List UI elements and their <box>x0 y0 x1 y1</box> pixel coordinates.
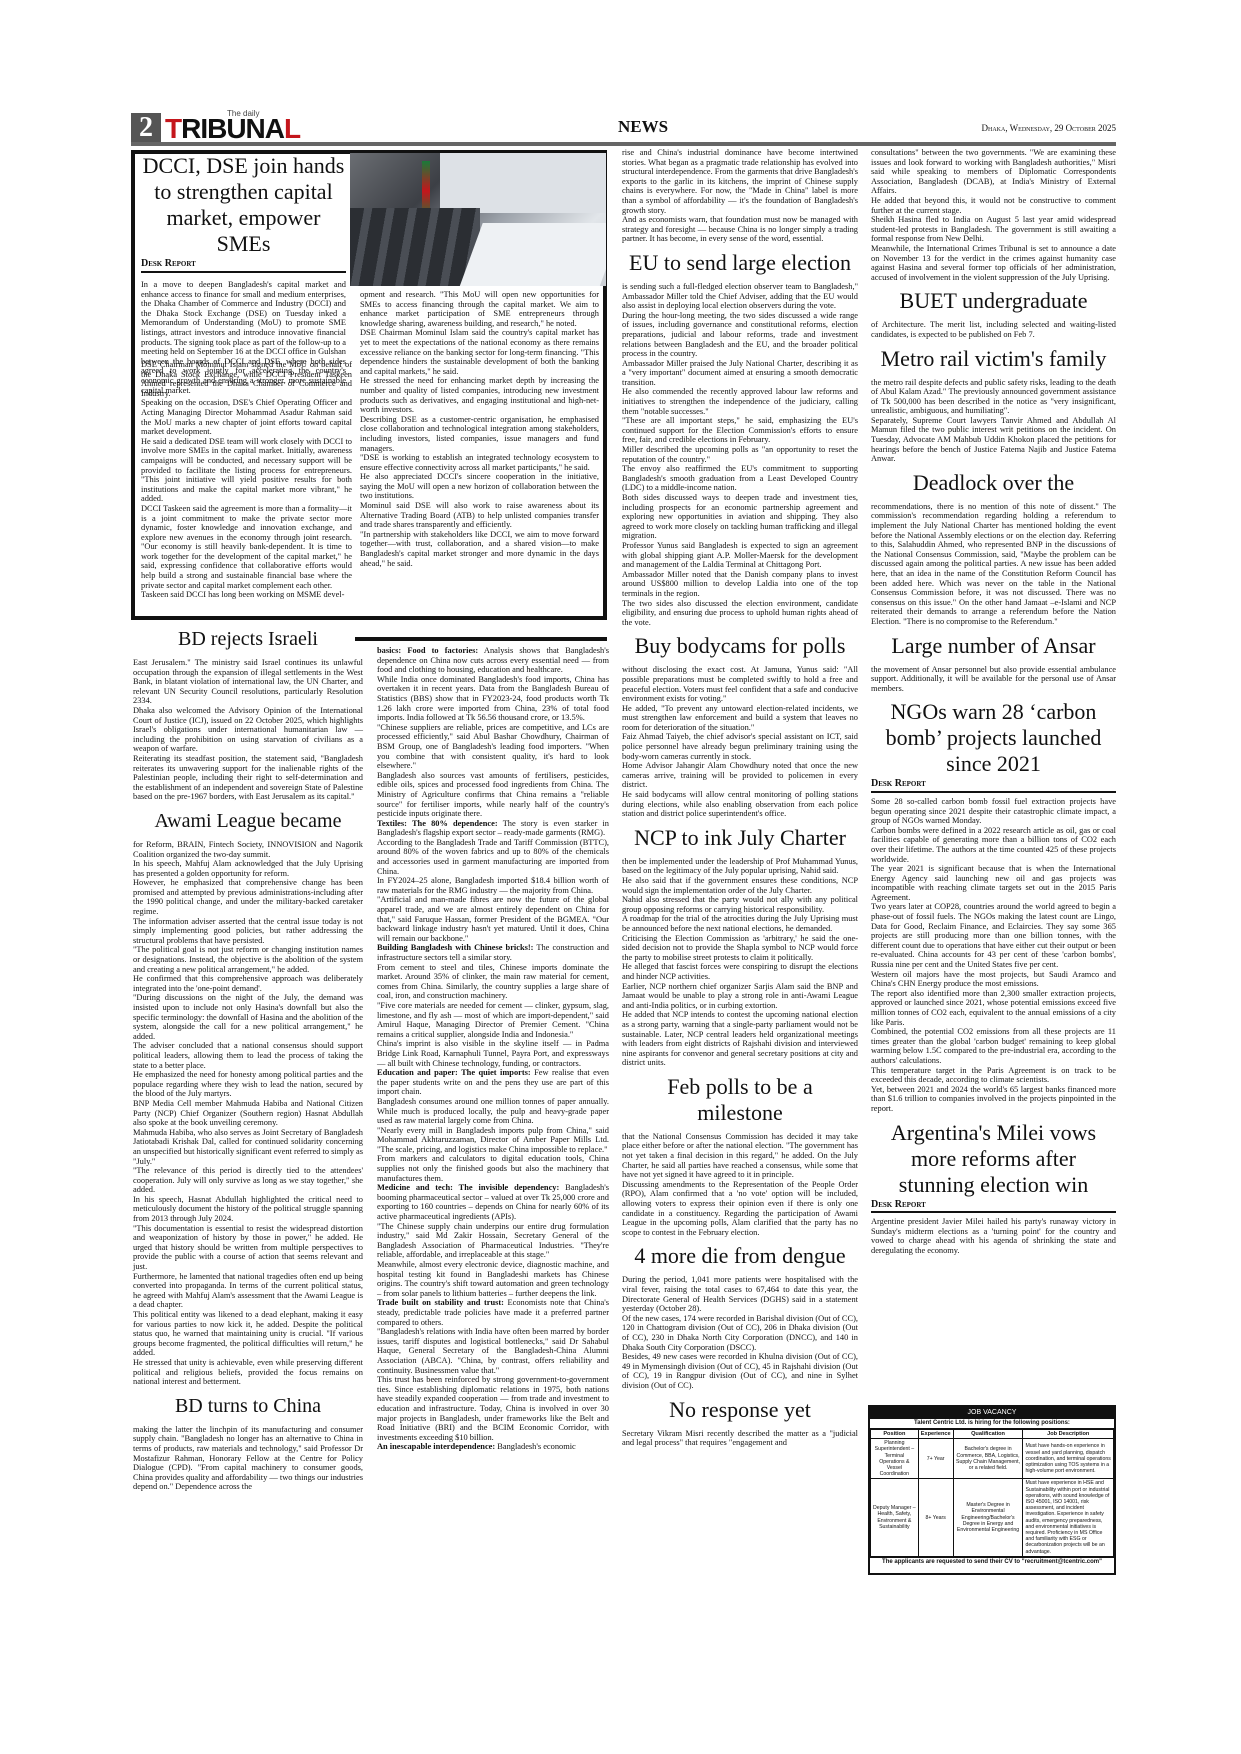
headline-awami: Awami League became <box>133 808 363 834</box>
column-three: rise and China's industrial dominance ha… <box>622 148 858 1448</box>
paragraph: He added that beyond this, it would not … <box>871 196 1116 215</box>
paragraph: He confirmed that this comprehensive app… <box>133 974 363 993</box>
paragraph: He emphasized the need for honesty among… <box>133 1070 363 1099</box>
paragraph: "This documentation is essential to resi… <box>133 1224 363 1272</box>
paragraph: Both sides discussed ways to deepen trad… <box>622 493 858 541</box>
byline-milei: Desk Report <box>871 1200 1116 1214</box>
masthead: 2 The daily TRIBUNAL NEWS Dhaka, Wednesd… <box>131 107 1116 147</box>
column-rule <box>355 637 607 641</box>
cell-description: Must have hands-on experience in vessel … <box>1023 1439 1114 1479</box>
paragraph: "Nearly every mill in Bangladesh imports… <box>377 1126 609 1155</box>
paragraph: The report also identified more than 2,3… <box>871 989 1116 1027</box>
newspaper-logo: TRIBUNAL <box>165 115 300 143</box>
logo-l: L <box>284 113 300 144</box>
paragraph: Textiles: The 80% dependence: The story … <box>377 819 609 838</box>
job-vacancy-ad: JOB VACANCY Talent Centric Ltd. is hirin… <box>868 1405 1116 1575</box>
paragraph: This political entity was likened to a d… <box>133 1310 363 1358</box>
article-china-continued: basics: Food to factories: Analysis show… <box>377 646 609 1452</box>
paragraph: This trust has been reinforced by strong… <box>377 1375 609 1442</box>
cell-position: Deputy Manager – Health, Safety, Environ… <box>871 1479 919 1556</box>
paragraph: "Five core materials are needed for ceme… <box>377 1001 609 1039</box>
paragraph: Furthermore, he lamented that national t… <box>133 1272 363 1310</box>
paragraph: recommendations, there is no mention of … <box>871 502 1116 627</box>
paragraph: Reiterating its steadfast position, the … <box>133 754 363 802</box>
paragraph: Argentine president Javier Milei hailed … <box>871 1217 1116 1255</box>
headline-eu: EU to send large election <box>622 250 858 276</box>
paragraph: In his speech, Hasnat Abdullah highlight… <box>133 1195 363 1224</box>
paragraph: He said a dedicated DSE team will work c… <box>141 437 352 504</box>
paragraph: Secretary Vikram Misri recently describe… <box>622 1429 858 1448</box>
paragraph: Describing DSE as a customer-centric org… <box>360 415 599 453</box>
page-number: 2 <box>131 113 161 143</box>
paragraph: Dhaka also welcomed the Advisory Opinion… <box>133 706 363 754</box>
paragraph: The two sides also discussed the electio… <box>622 599 858 628</box>
paragraph: According to the Bangladesh Trade and Ta… <box>377 838 609 876</box>
paragraph: "The Chinese supply chain underpins our … <box>377 1222 609 1260</box>
paragraph: Combined, the potential CO2 emissions fr… <box>871 1027 1116 1065</box>
paragraph: Medicine and tech: The invisible depende… <box>377 1183 609 1221</box>
paragraph: Meanwhile, the International Crimes Trib… <box>871 244 1116 282</box>
headline-bodycams: Buy bodycams for polls <box>622 633 858 659</box>
paragraph: Sheikh Hasina fled to India on August 5 … <box>871 215 1116 244</box>
subhead: Medicine and tech: The invisible depende… <box>377 1183 559 1192</box>
paragraph: "The relevance of this period is directl… <box>133 1166 363 1195</box>
headline-dengue: 4 more die from dengue <box>622 1243 858 1269</box>
paragraph-text: Bangladesh's economic <box>495 1442 576 1451</box>
paragraph: "Chinese suppliers are reliable, prices … <box>377 723 609 771</box>
paragraph: Of the new cases, 174 were recorded in B… <box>622 1314 858 1352</box>
paragraph: While India once dominated Bangladesh's … <box>377 675 609 723</box>
paragraph: "These are all important steps," he said… <box>622 416 858 445</box>
subhead: Building Bangladesh with Chinese bricks!… <box>377 943 533 952</box>
headline-china: BD turns to China <box>133 1393 363 1419</box>
paragraph: Ambassador Miller praised the July Natio… <box>622 359 858 388</box>
paragraph: "The political goal is not just reform o… <box>133 945 363 974</box>
paragraph: Criticising the Election Commission as '… <box>622 934 858 963</box>
paragraph: A roadmap for the trial of the atrocitie… <box>622 914 858 933</box>
paragraph: of Architecture. The merit list, includi… <box>871 320 1116 339</box>
paragraph: From markers and calculators to digital … <box>377 1154 609 1183</box>
headline-buet: BUET undergraduate <box>871 288 1116 314</box>
table-row: Deputy Manager – Health, Safety, Environ… <box>871 1479 1114 1556</box>
paragraph: "Artificial and man-made fibres are now … <box>377 895 609 943</box>
article-israel: BD rejects Israeli East Jerusalem." The … <box>133 626 363 1492</box>
logo-middle: RIBUNA <box>181 113 284 144</box>
paragraph: "In partnership with stakeholders like D… <box>360 530 599 568</box>
paragraph: DSE Chairman Mominul Islam signed the Mo… <box>141 360 352 398</box>
paragraph: He added that NCP intends to contest the… <box>622 1010 858 1068</box>
paragraph: Yet, between 2021 and 2024 the world's 6… <box>871 1085 1116 1114</box>
paragraph: consultations" between the two governmen… <box>871 148 1116 196</box>
paragraph: Faiz Ahmad Taiyeb, the chief advisor's s… <box>622 732 858 761</box>
paragraph: "DSE is working to establish an integrat… <box>360 453 599 472</box>
article-dcci-head: DCCI, DSE join hands to strengthen capit… <box>141 153 346 277</box>
headline-ncp: NCP to ink July Charter <box>622 825 858 851</box>
job-ad-footer: The applicants are requested to send the… <box>870 1557 1114 1567</box>
paragraph: The year 2021 is significant because tha… <box>871 864 1116 902</box>
cell-qualification: Bachelor's degree in Commerce, BBA, Logi… <box>953 1439 1023 1479</box>
paragraph: Speaking on the occasion, DSE's Chief Op… <box>141 398 352 436</box>
paragraph: the metro rail despite defects and publi… <box>871 378 1116 416</box>
mou-signing-photo <box>350 153 606 286</box>
paragraph: China's imprint is also visible in the s… <box>377 1039 609 1068</box>
headline-carbon: NGOs warn 28 ‘carbon bomb’ projects laun… <box>871 699 1116 777</box>
column-header: Position <box>871 1430 919 1439</box>
headline-israel: BD rejects Israeli <box>133 626 363 652</box>
paragraph: the movement of Ansar personnel but also… <box>871 665 1116 694</box>
paragraph: The adviser concluded that a national co… <box>133 1041 363 1070</box>
paragraph: East Jerusalem." The ministry said Israe… <box>133 658 363 706</box>
paragraph: An inescapable interdependence: Banglade… <box>377 1442 609 1452</box>
table-row: Planning Superintendent – Terminal Opera… <box>871 1439 1114 1479</box>
column-header: Qualification <box>953 1430 1023 1439</box>
paragraph: BNP Media Cell member Mahmuda Habiba and… <box>133 1099 363 1128</box>
paragraph: In FY2024–25 alone, Bangladesh imported … <box>377 876 609 895</box>
paragraph: Miller described the upcoming polls as "… <box>622 445 858 464</box>
paragraph: Building Bangladesh with Chinese bricks!… <box>377 943 609 962</box>
paragraph: Carbon bombs were defined in a 2022 rese… <box>871 826 1116 864</box>
job-ad-table: Position Experience Qualification Job De… <box>870 1429 1114 1557</box>
paragraph: He also commended the recently approved … <box>622 387 858 416</box>
column-four: consultations" between the two governmen… <box>871 148 1116 1256</box>
paragraph: "Bangladesh's relations with India have … <box>377 1327 609 1375</box>
paragraph: Besides, 49 new cases were recorded in K… <box>622 1352 858 1390</box>
paragraph: Discussing amendments to the Representat… <box>622 1180 858 1238</box>
paragraph: Earlier, NCP northern chief organizer Sa… <box>622 982 858 1011</box>
paragraph: Mominul said DSE will also work to raise… <box>360 501 599 530</box>
headline-metro: Metro rail victim's family <box>871 346 1116 372</box>
paragraph: then be implemented under the leadership… <box>622 857 858 876</box>
paragraph: The envoy also reaffirmed the EU's commi… <box>622 464 858 493</box>
paragraph: This temperature target in the Paris Agr… <box>871 1066 1116 1085</box>
paragraph: that the National Consensus Commission h… <box>622 1132 858 1180</box>
paragraph: From cement to steel and tiles, Chinese … <box>377 963 609 1001</box>
headline-milei: Argentina's Milei vows more reforms afte… <box>871 1120 1116 1198</box>
headline-dcci: DCCI, DSE join hands to strengthen capit… <box>141 153 346 257</box>
paragraph: Bangladesh consumes around one million t… <box>377 1097 609 1126</box>
paragraph: "During discussions on the night of the … <box>133 993 363 1041</box>
paragraph: rise and China's industrial dominance ha… <box>622 148 858 215</box>
section-title: NEWS <box>618 117 668 137</box>
paragraph: Taskeen said DCCI has long been working … <box>141 590 352 600</box>
cell-experience: 8+ Years <box>918 1479 953 1556</box>
headline-feb-polls: Feb polls to be a milestone <box>622 1074 858 1126</box>
headline-no-response: No response yet <box>622 1397 858 1423</box>
logo-t: T <box>165 113 181 144</box>
paragraph: Education and paper: The quiet imports: … <box>377 1068 609 1097</box>
paragraph: basics: Food to factories: Analysis show… <box>377 646 609 675</box>
paragraph: Two years later at COP28, countries arou… <box>871 902 1116 969</box>
byline-carbon: Desk Report <box>871 779 1116 793</box>
paragraph: However, he emphasized that comprehensiv… <box>133 878 363 916</box>
paragraph: Nahid also stressed that the party would… <box>622 895 858 914</box>
paragraph: Home Advisor Jahangir Alam Chowdhury not… <box>622 761 858 790</box>
paragraph: He stressed the need for enhancing marke… <box>360 376 599 414</box>
paragraph: making the latter the linchpin of its ma… <box>133 1425 363 1492</box>
paragraph: opment and research. "This MoU will open… <box>360 290 599 328</box>
masthead-rule <box>131 142 1116 146</box>
headline-deadlock: Deadlock over the <box>871 470 1116 496</box>
article-dcci-col1-rest: DSE Chairman Mominul Islam signed the Mo… <box>141 360 352 600</box>
column-header: Job Description <box>1023 1430 1114 1439</box>
paragraph: is sending such a full-fledged election … <box>622 282 858 311</box>
paragraph: Some 28 so-called carbon bomb fossil fue… <box>871 797 1116 826</box>
paragraph: Western oil majors have the most project… <box>871 970 1116 989</box>
table-header-row: Position Experience Qualification Job De… <box>871 1430 1114 1439</box>
paragraph: He added, "To prevent any untoward elect… <box>622 704 858 733</box>
subhead: Trade built on stability and trust: <box>377 1298 504 1307</box>
paragraph: Mahmuda Habiba, who also serves as Joint… <box>133 1128 363 1166</box>
paragraph: Meanwhile, almost every electronic devic… <box>377 1260 609 1298</box>
subhead: basics: Food to factories: <box>377 646 478 655</box>
cell-qualification: Master's Degree in Environmental Enginee… <box>953 1479 1023 1556</box>
paragraph: In his speech, Mahfuj Alam acknowledged … <box>133 859 363 878</box>
paragraph: The information adviser asserted that th… <box>133 917 363 946</box>
paragraph: Ambassador Miller noted that the Danish … <box>622 570 858 599</box>
paragraph: without disclosing the exact cost. At Ja… <box>622 665 858 703</box>
cell-experience: 7+ Year <box>918 1439 953 1479</box>
paragraph: Bangladesh also sources vast amounts of … <box>377 771 609 819</box>
paragraph: DCCI Taskeen said the agreement is more … <box>141 504 352 590</box>
paragraph: DSE Chairman Mominul Islam said the coun… <box>360 328 599 376</box>
paragraph: Trade built on stability and trust: Econ… <box>377 1298 609 1327</box>
cell-position: Planning Superintendent – Terminal Opera… <box>871 1439 919 1479</box>
photo-attendees <box>350 208 480 286</box>
cell-description: Must have experience in HSE and Sustaina… <box>1023 1479 1114 1556</box>
photo-conference-table <box>457 223 606 286</box>
paragraph: He said bodycams will allow central moni… <box>622 790 858 819</box>
job-ad-title: JOB VACANCY <box>870 1407 1114 1419</box>
headline-ansar: Large number of Ansar <box>871 633 1116 659</box>
paragraph: Professor Yunus said Bangladesh is expec… <box>622 541 858 570</box>
paragraph: He also appreciated DCCI's sincere coope… <box>360 472 599 501</box>
article-dcci-col2: opment and research. "This MoU will open… <box>360 290 599 568</box>
paragraph: for Reform, BRAIN, Fintech Society, INNO… <box>133 840 363 859</box>
paragraph: Separately, Supreme Court lawyers Tanvir… <box>871 416 1116 464</box>
paragraph: He also said that if the government ensu… <box>622 876 858 895</box>
paragraph: During the hour-long meeting, the two si… <box>622 311 858 359</box>
byline-dcci: Desk Report <box>141 259 346 273</box>
subhead: An inescapable interdependence: <box>377 1442 495 1451</box>
newspaper-page: 2 The daily TRIBUNAL NEWS Dhaka, Wednesd… <box>0 0 1241 1754</box>
paragraph: And as economists warn, that foundation … <box>622 215 858 244</box>
job-ad-subtitle: Talent Centric Ltd. is hiring for the fo… <box>870 1419 1114 1429</box>
photo-backdrop-banner <box>440 153 606 213</box>
paragraph: He alleged that fascist forces were cons… <box>622 962 858 981</box>
subhead: Education and paper: The quiet imports: <box>377 1068 531 1077</box>
subhead: Textiles: The 80% dependence: <box>377 819 498 828</box>
paragraph: He stressed that unity is achievable, ev… <box>133 1358 363 1387</box>
paragraph: During the period, 1,041 more patients w… <box>622 1275 858 1313</box>
dateline: Dhaka, Wednesday, 29 October 2025 <box>981 123 1116 133</box>
column-header: Experience <box>918 1430 953 1439</box>
